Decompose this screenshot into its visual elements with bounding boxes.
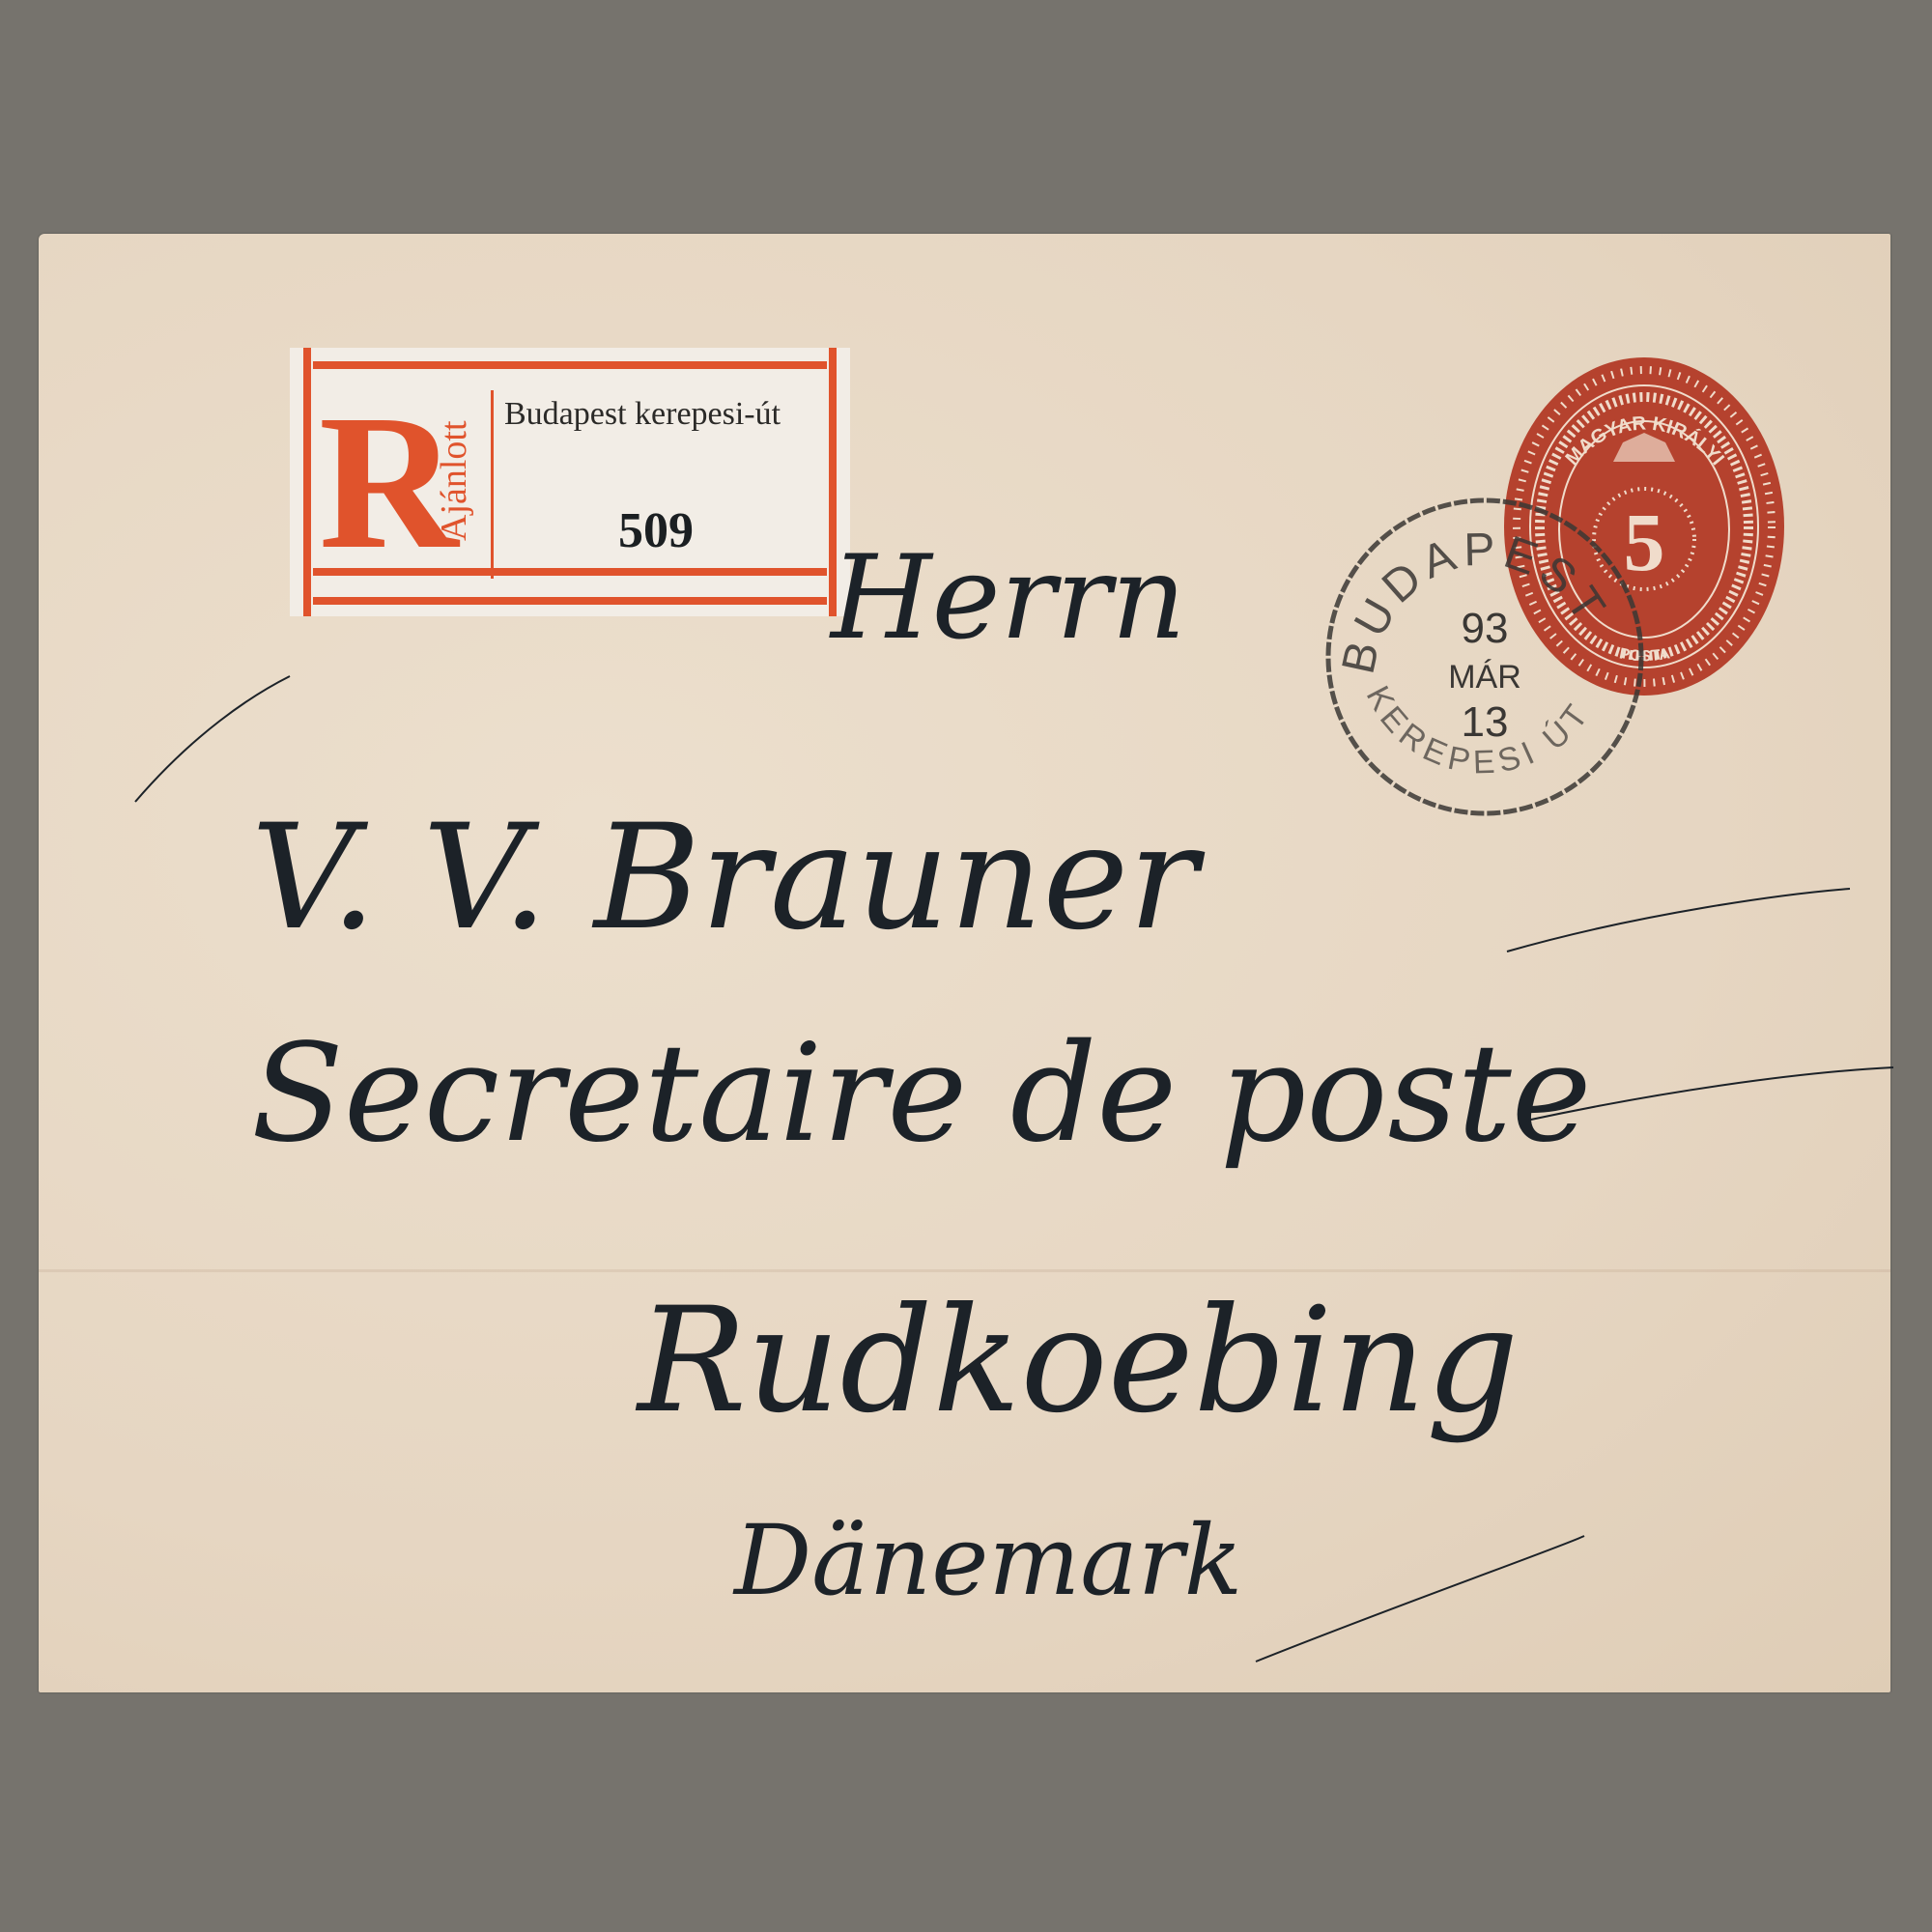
address-line-2: V. V. Brauner xyxy=(251,794,1206,962)
handwritten-address: Herrn V. V. Brauner Secretaire de poste … xyxy=(0,0,1932,1932)
address-line-5: Dänemark xyxy=(732,1504,1242,1617)
address-line-3: Secretaire de poste xyxy=(251,1015,1592,1173)
address-line-1: Herrn xyxy=(829,531,1186,666)
address-line-4: Rudkoebing xyxy=(635,1277,1519,1445)
